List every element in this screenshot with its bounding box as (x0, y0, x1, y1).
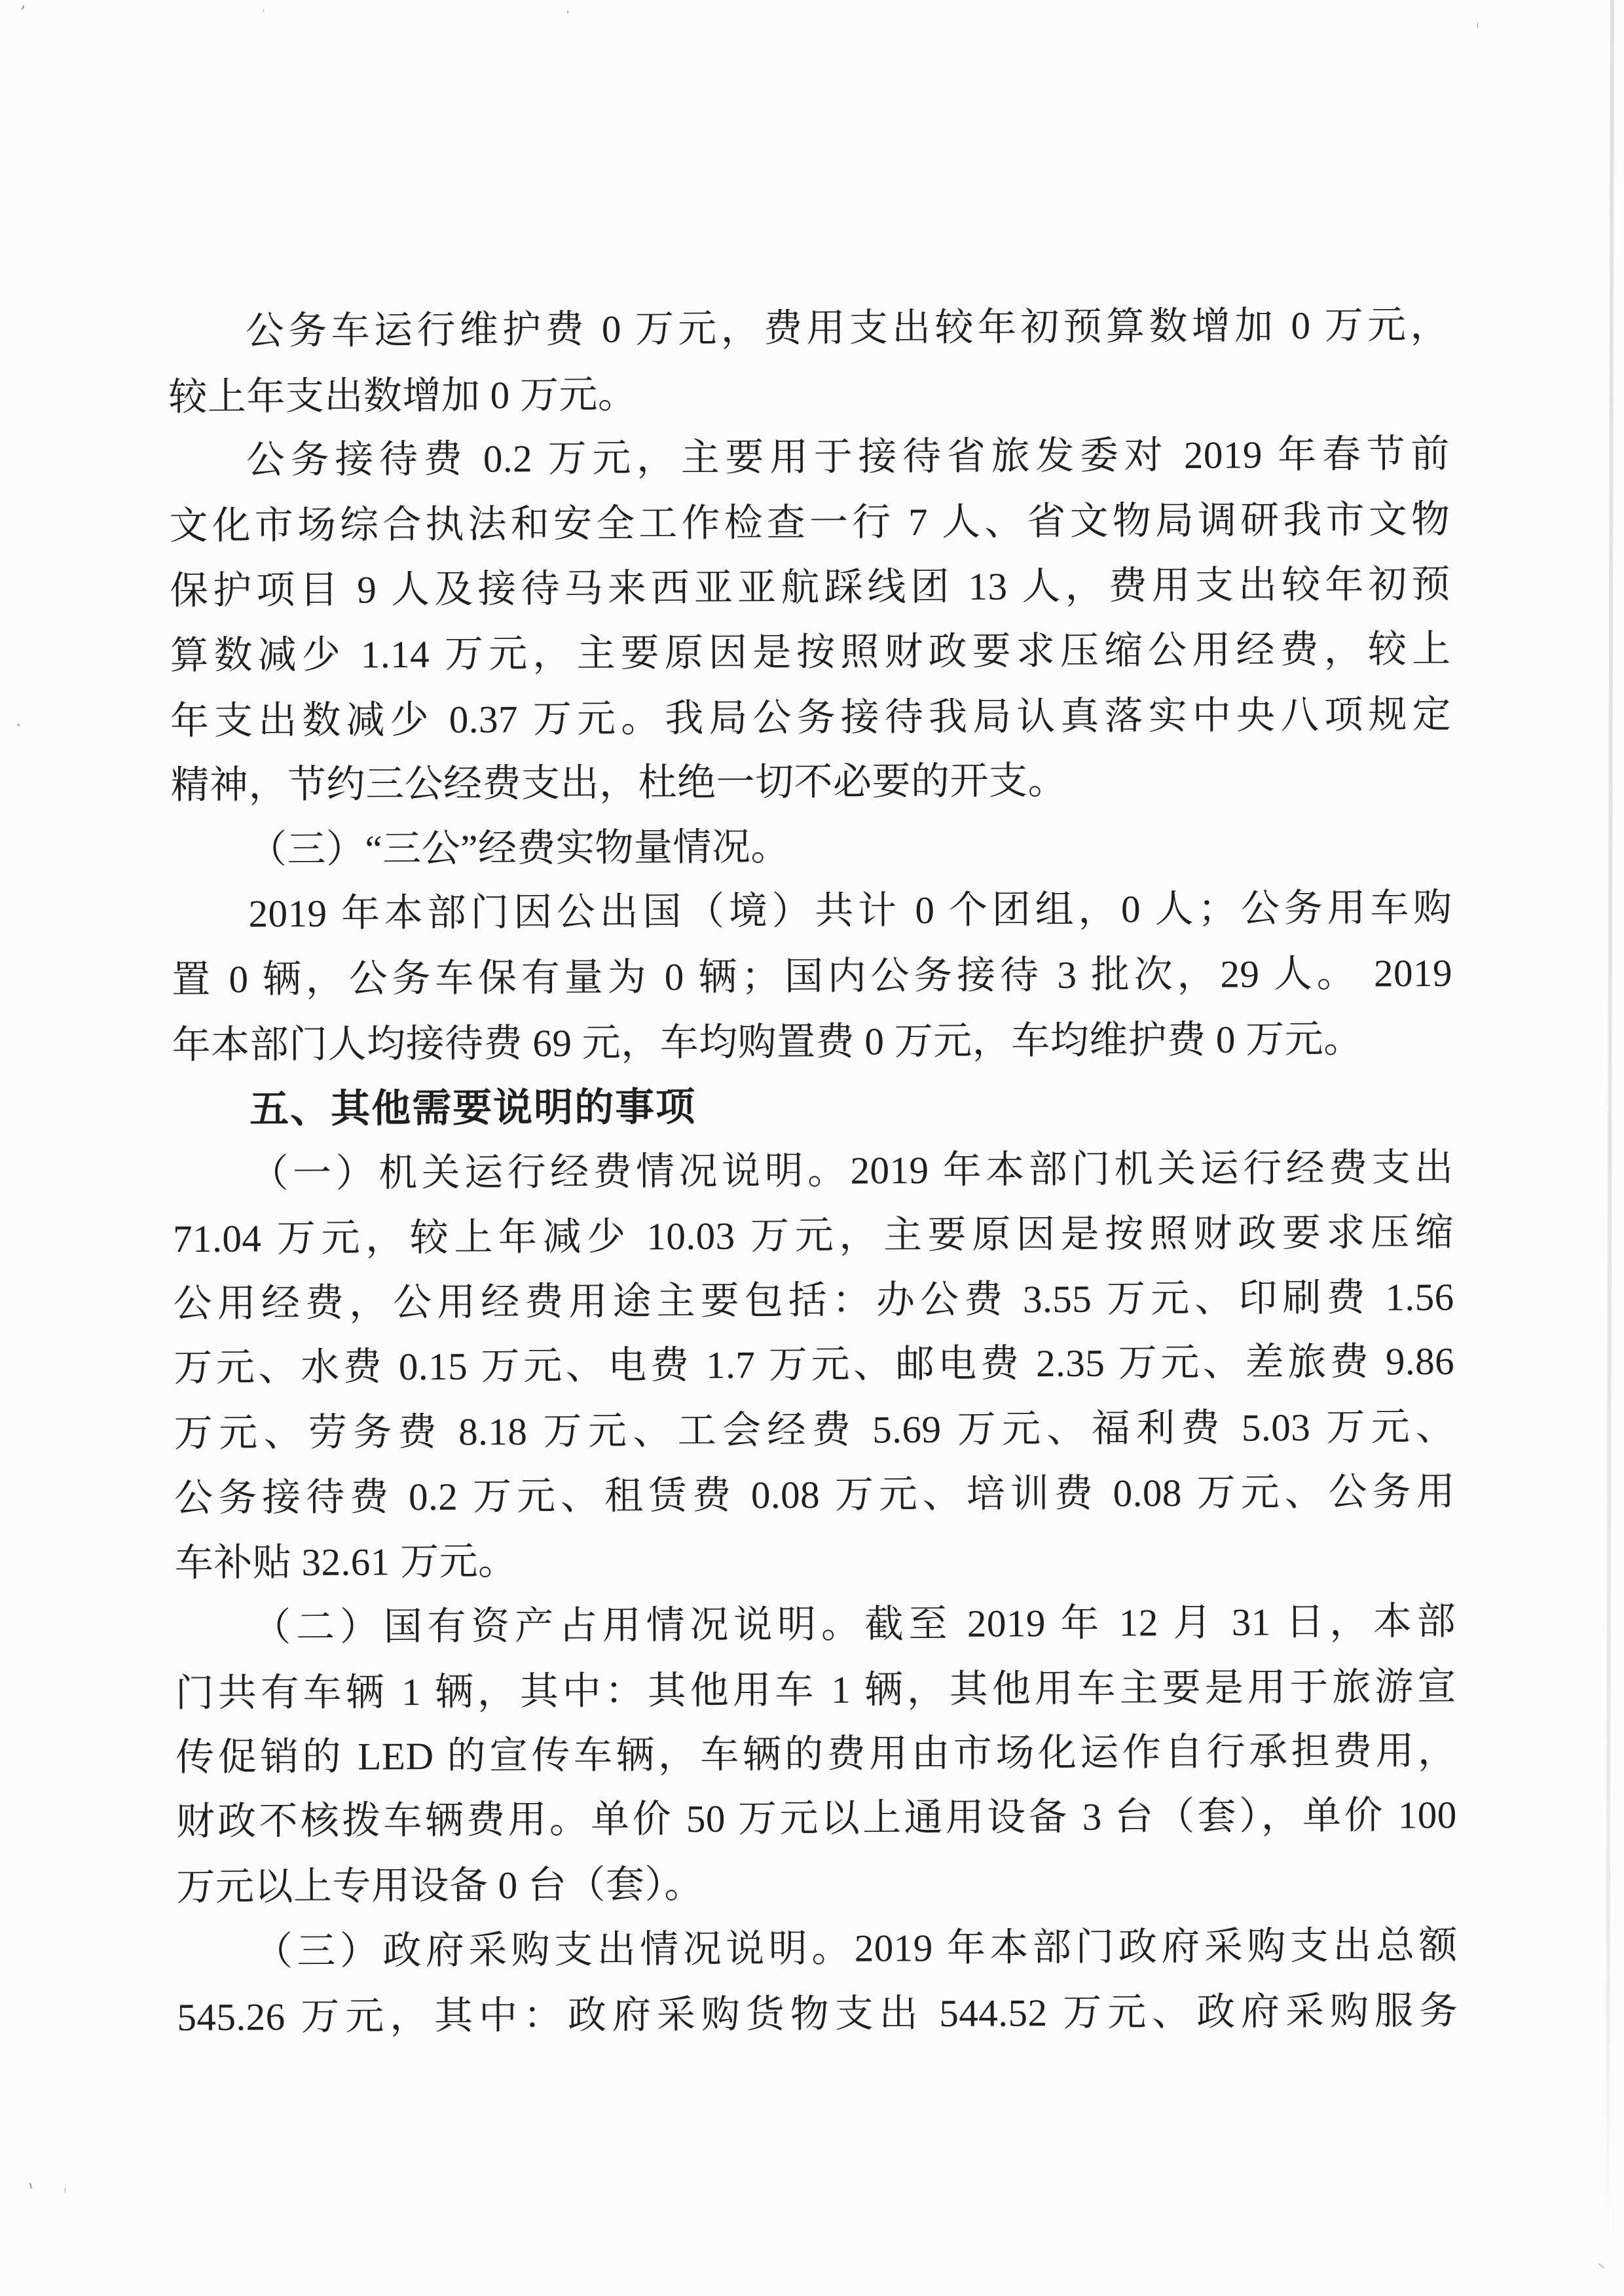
text-line: 545.26 万元，其中：政府采购货物支出 544.52 万元、政府采购服务 (177, 1978, 1458, 2050)
text-line: 71.04 万元，较上年减少 10.03 万元，主要原因是按照财政要求压缩 (173, 1200, 1454, 1271)
text-line: 公务接待费 0.2 万元，主要用于接待省旅发委对 2019 年春节前 (169, 422, 1450, 493)
scan-speck (65, 2188, 65, 2193)
scan-speck (1477, 22, 1478, 28)
text-line: 万元、水费 0.15 万元、电费 1.7 万元、邮电费 2.35 万元、差旅费 … (174, 1329, 1454, 1400)
text-line: （一）机关运行经费情况说明。2019 年本部门机关运行经费支出 (172, 1135, 1453, 1207)
text-line: 精神，节约三公经费支出，杜绝一切不必要的开支。 (170, 746, 1451, 818)
text-line: 置 0 辆，公务车保有量为 0 辆；国内公务接待 3 批次，29 人。 2019 (172, 941, 1452, 1012)
subsection-heading: （二）国有资产占用情况说明。截至 2019 年 12 月 31 日，本部 (175, 1589, 1456, 1660)
text-line: 万元以上专用设备 0 台（套）。 (176, 1848, 1457, 1920)
text-line: 年支出数减少 0.37 万元。我局公务接待我局认真落实中央八项规定 (170, 682, 1451, 754)
text-line: 算数减少 1.14 万元，主要原因是按照财政要求压缩公用经费，较上 (170, 617, 1450, 688)
text-line: 保护项目 9 人及接待马来西亚亚航踩线团 13 人，费用支出较年初预 (170, 552, 1450, 623)
document-body: 公务车运行维护费 0 万元，费用支出较年初预算数增加 0 万元， 较上年支出数增… (168, 293, 1458, 2049)
scanned-document-page: 公务车运行维护费 0 万元，费用支出较年初预算数增加 0 万元， 较上年支出数增… (0, 0, 1624, 2296)
text-line: 财政不核拨车辆费用。单价 50 万元以上通用设备 3 台（套），单价 100 (176, 1783, 1457, 1854)
text-line: 年本部门人均接待费 69 元，车均购置费 0 万元，车均维护费 0 万元。 (172, 1006, 1452, 1078)
text-line: 公用经费，公用经费用途主要包括：办公费 3.55 万元、印刷费 1.56 (173, 1265, 1454, 1336)
text-line: 门共有车辆 1 辆，其中：其他用车 1 辆，其他用车主要是用于旅游宣 (175, 1654, 1456, 1726)
text-line: 车补贴 32.61 万元。 (175, 1524, 1456, 1595)
section-heading: 五、其他需要说明的事项 (172, 1070, 1453, 1142)
text-line: 万元、劳务费 8.18 万元、工会经费 5.69 万元、福利费 5.03 万元、 (174, 1394, 1454, 1466)
scan-speck (263, 9, 264, 12)
text-line: 较上年支出数增加 0 万元。 (168, 358, 1449, 429)
text-line: 公务车运行维护费 0 万元，费用支出较年初预算数增加 0 万元， (168, 293, 1449, 364)
text-line: 2019 年本部门因公出国（境）共计 0 个团组，0 人；公务用车购 (171, 875, 1452, 947)
subsection-heading: （三）政府采购支出情况说明。2019 年本部门政府采购支出总额 (177, 1913, 1458, 1984)
scan-speck (18, 724, 20, 726)
text-line: 公务接待费 0.2 万元、租赁费 0.08 万元、培训费 0.08 万元、公务用 (174, 1459, 1455, 1531)
subsection-heading: （三）“三公”经费实物量情况。 (171, 811, 1452, 883)
text-line: 文化市场综合执法和安全工作检查一行 7 人、省文物局调研我市文物 (169, 487, 1450, 558)
scan-speck (567, 10, 568, 13)
text-line: 传促销的 LED 的宣传车辆，车辆的费用由市场化运作自行承担费用， (175, 1719, 1456, 1790)
scan-tilt-layer: 公务车运行维护费 0 万元，费用支出较年初预算数增加 0 万元， 较上年支出数增… (0, 0, 1624, 2296)
